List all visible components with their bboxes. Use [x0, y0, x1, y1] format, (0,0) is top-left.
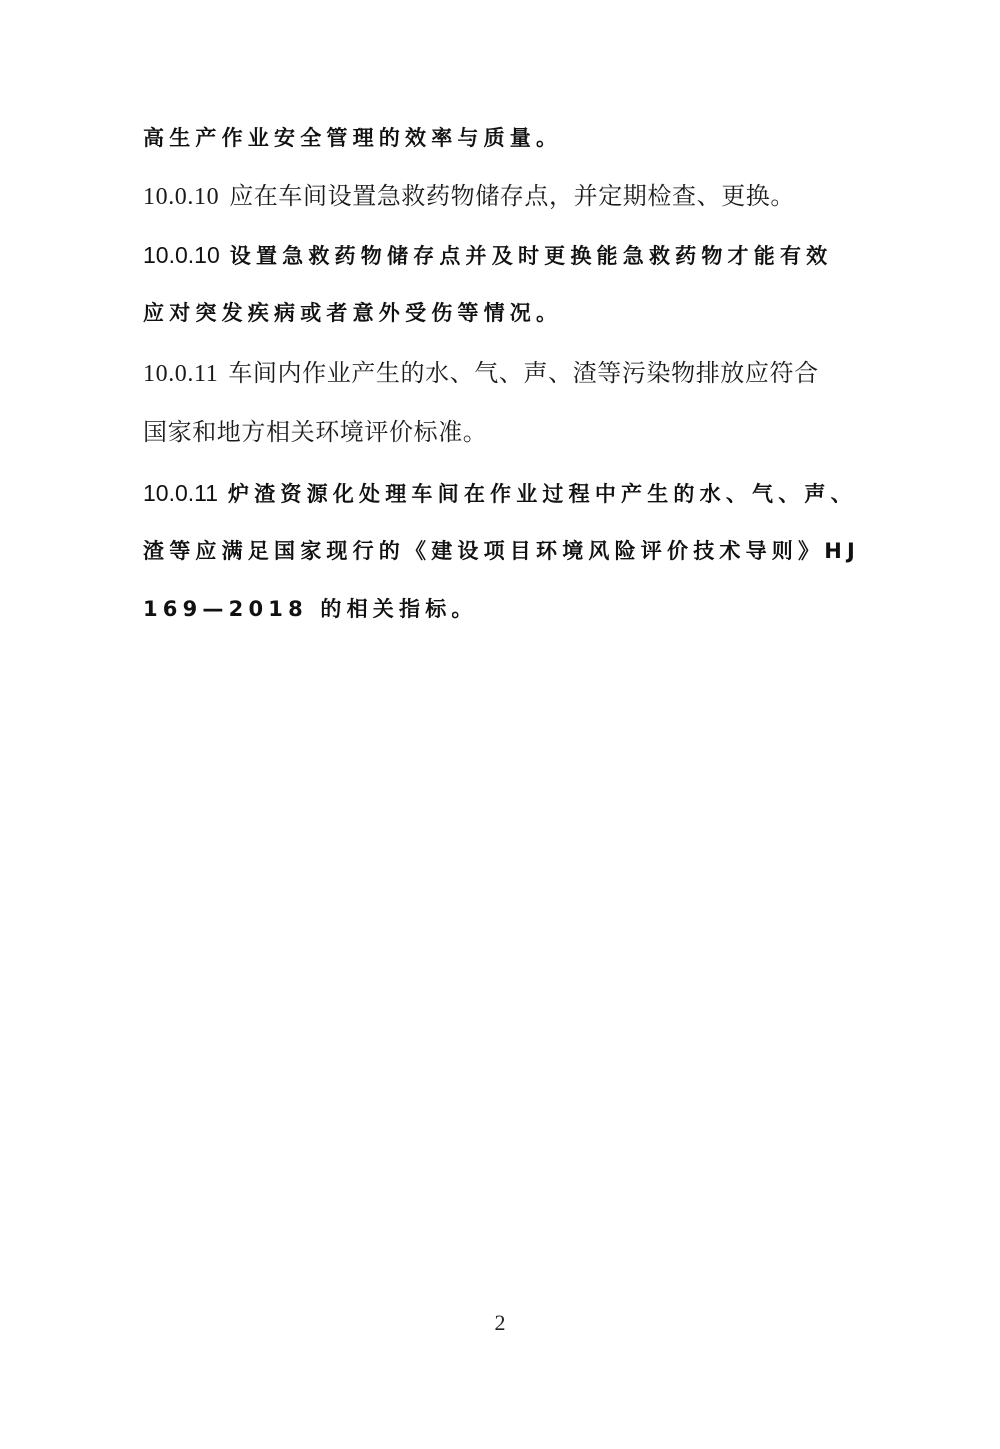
commentary-text: 炉渣资源化处理车间在作业过程中产生的水、气、声、 [228, 482, 857, 506]
commentary-number: 10.0.10 [143, 242, 220, 268]
commentary-text: 应对突发疾病或者意外受伤等情况。 [143, 301, 562, 325]
clause-10-0-10: 10.0.10应在车间设置急救药物储存点，并定期检查、更换。 [143, 182, 795, 212]
commentary-number: 10.0.11 [143, 480, 218, 506]
commentary-text: 169—2018 的相关指标。 [143, 597, 478, 621]
clause-10-0-11: 10.0.11车间内作业产生的水、气、声、渣等污染物排放应符合 [143, 359, 819, 389]
commentary-10-0-11: 10.0.11炉渣资源化处理车间在作业过程中产生的水、气、声、 [143, 478, 857, 509]
commentary-10-0-10-continued: 应对突发疾病或者意外受伤等情况。 [143, 298, 562, 328]
clause-number: 10.0.11 [143, 361, 218, 387]
clause-text: 国家和地方相关环境评价标准。 [143, 420, 487, 446]
document-page: 高生产作业安全管理的效率与质量。 10.0.10应在车间设置急救药物储存点，并定… [0, 0, 1000, 1449]
commentary-text: 设置急救药物储存点并及时更换能急救药物才能有效 [230, 244, 833, 268]
commentary-10-0-11-continued: 渣等应满足国家现行的《建设项目环境风险评价技术导则》HJ [143, 536, 860, 566]
page-number: 2 [0, 1310, 1000, 1336]
commentary-10-0-10: 10.0.10设置急救药物储存点并及时更换能急救药物才能有效 [143, 240, 832, 271]
line-text: 高生产作业安全管理的效率与质量。 [143, 126, 562, 150]
commentary-line-continuation: 高生产作业安全管理的效率与质量。 [143, 123, 562, 153]
clause-number: 10.0.10 [143, 184, 219, 210]
clause-text: 应在车间设置急救药物储存点，并定期检查、更换。 [229, 184, 795, 210]
commentary-text: 渣等应满足国家现行的《建设项目环境风险评价技术导则》HJ [143, 539, 860, 563]
clause-text: 车间内作业产生的水、气、声、渣等污染物排放应符合 [228, 361, 818, 387]
clause-10-0-11-continued: 国家和地方相关环境评价标准。 [143, 418, 487, 448]
commentary-10-0-11-end: 169—2018 的相关指标。 [143, 594, 478, 624]
